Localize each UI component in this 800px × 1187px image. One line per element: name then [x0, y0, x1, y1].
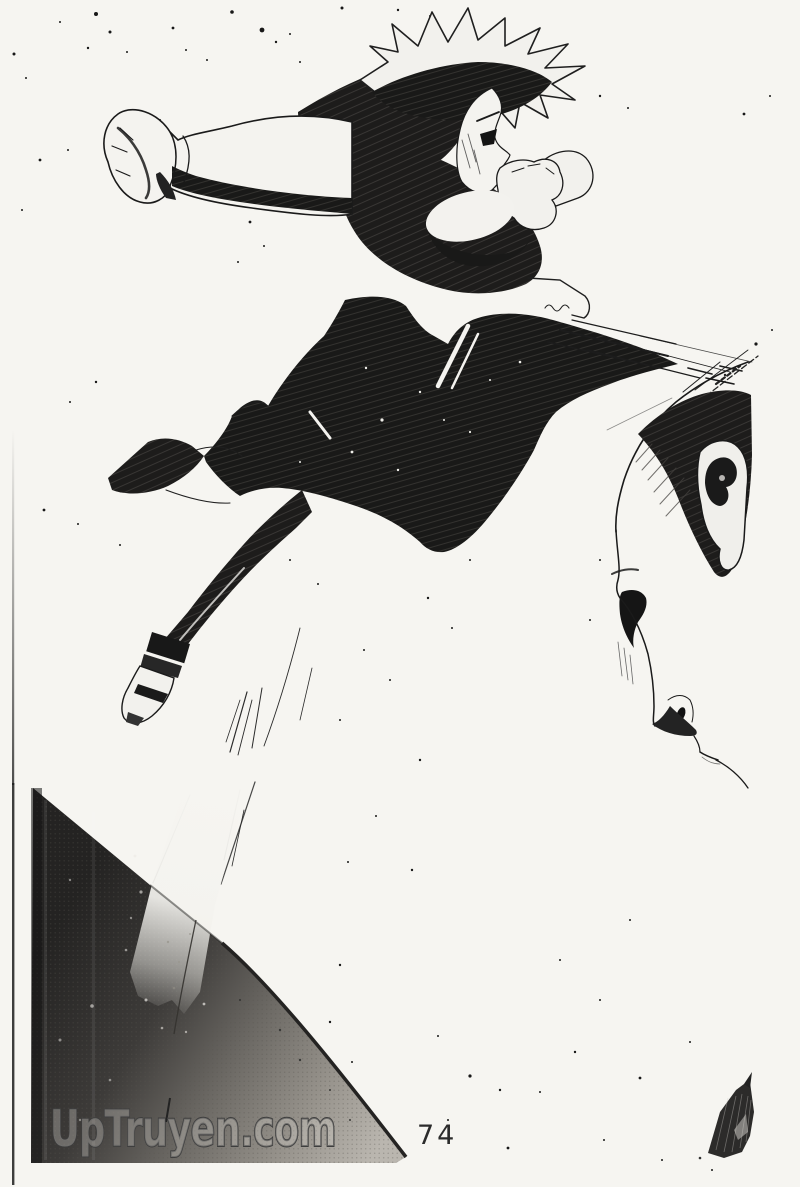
manga-panel-art: UpTruyen.com 74	[0, 0, 800, 1187]
corner-sketch-dot	[699, 1157, 702, 1160]
scan-streak-1	[44, 800, 47, 1160]
ear-highlight	[719, 475, 725, 481]
slope-left-dark-band	[31, 788, 42, 1163]
manga-page: UpTruyen.com 74	[0, 0, 800, 1187]
page-number: 74	[417, 1120, 457, 1151]
page-edge-line	[12, 430, 14, 1185]
watermark-text: UpTruyen.com	[50, 1100, 336, 1158]
